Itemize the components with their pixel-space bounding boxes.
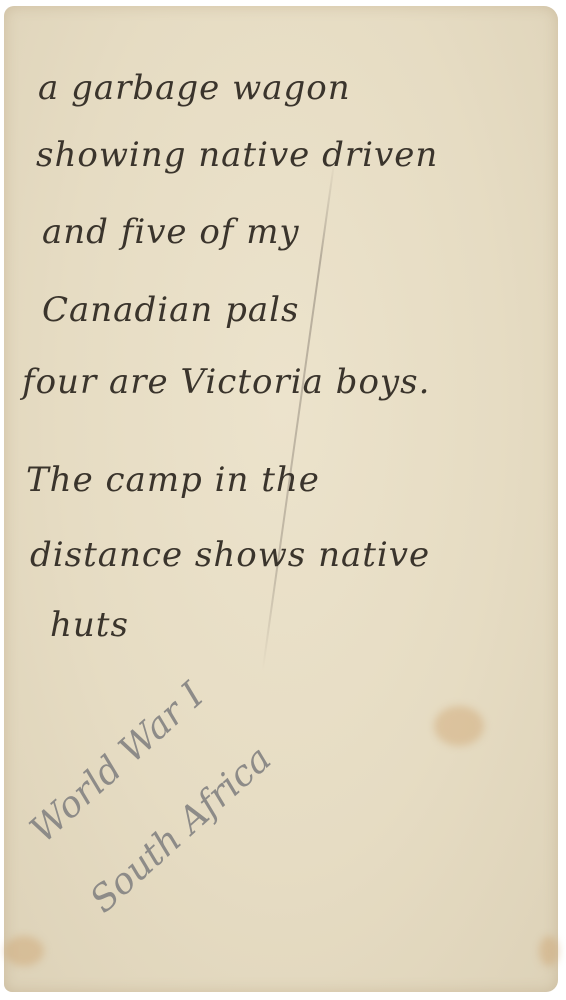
handwritten-line-3: and five of my: [42, 212, 300, 252]
handwritten-line-4: Canadian pals: [42, 290, 299, 330]
handwritten-line-8: huts: [50, 605, 129, 645]
handwritten-line-6: The camp in the: [26, 460, 320, 500]
handwritten-line-2: showing native driven: [36, 135, 438, 175]
handwritten-line-7: distance shows native: [30, 535, 430, 575]
handwritten-line-1: a garbage wagon: [38, 68, 351, 108]
stain-mark: [539, 936, 559, 966]
handwritten-line-5: four are Victoria boys.: [22, 362, 430, 402]
stain-mark: [434, 706, 484, 746]
stain-mark: [4, 936, 44, 966]
